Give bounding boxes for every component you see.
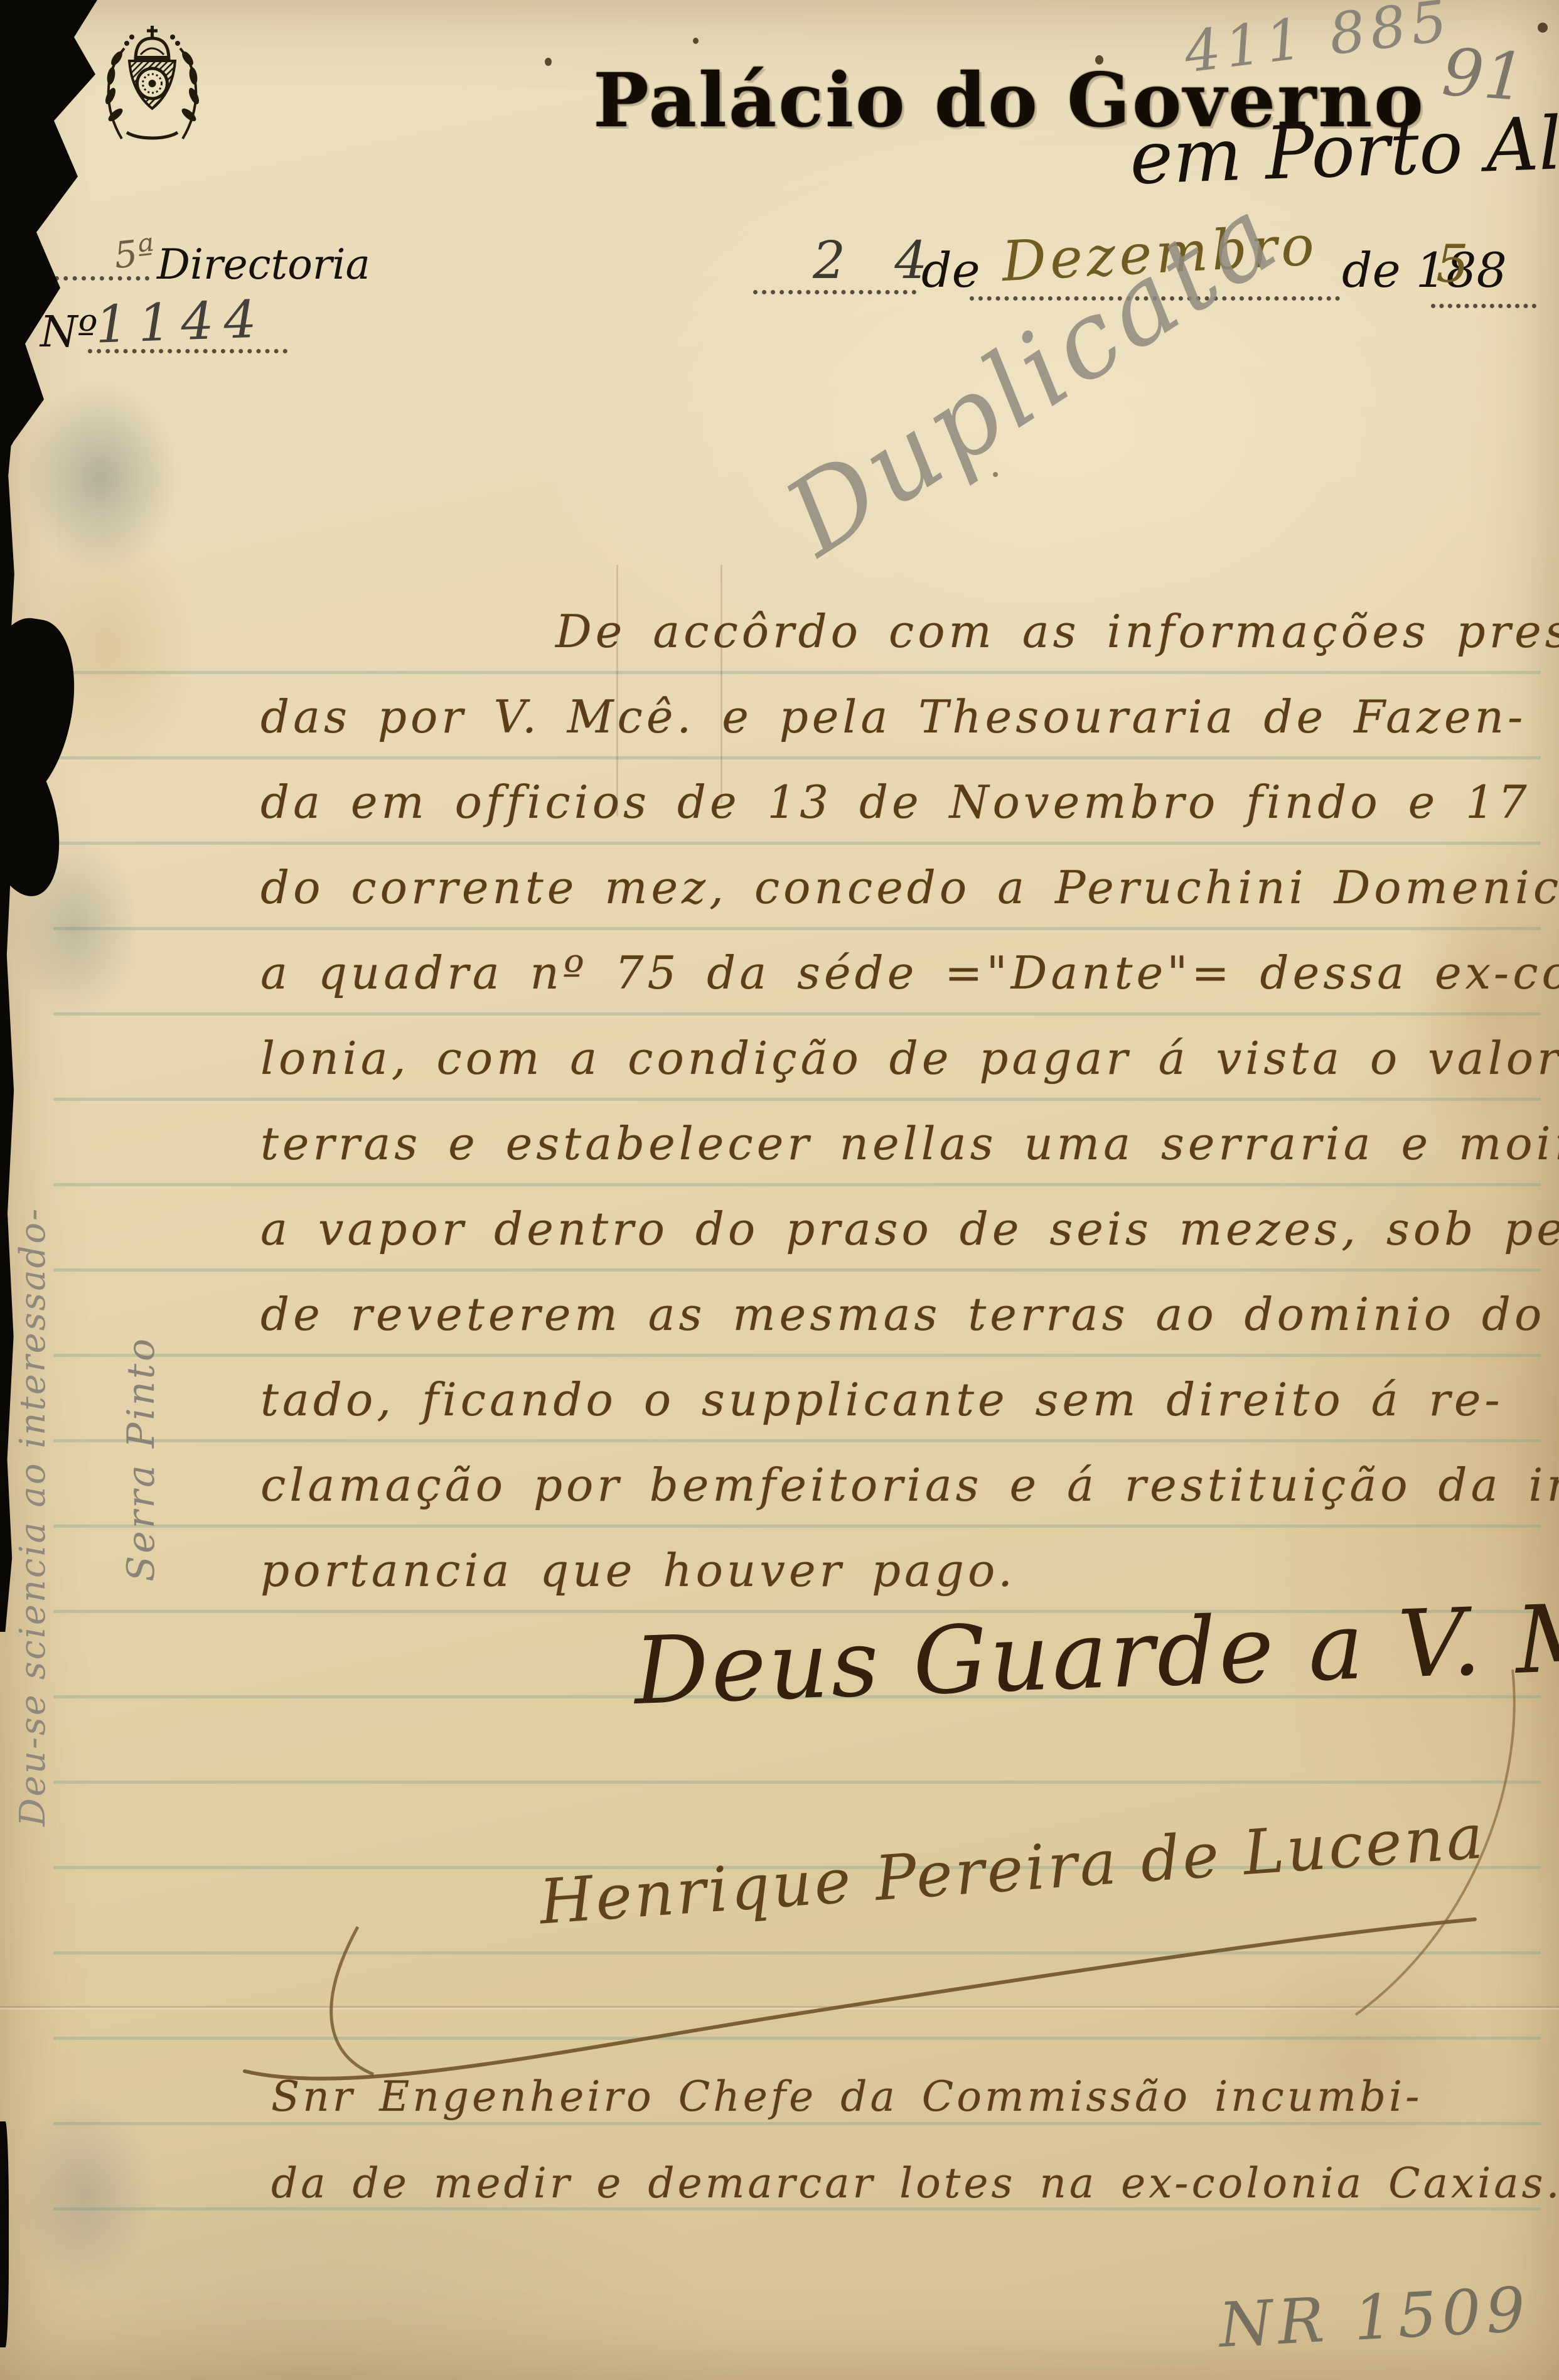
addressee-line-1: Snr Engenheiro Chefe da Commissão incumb… (271, 2072, 1422, 2121)
ink-speck (545, 58, 552, 66)
date-de: de (921, 242, 980, 298)
dotted-rule (88, 349, 287, 353)
body-line: terras e estabelecer nellas uma serraria… (260, 1101, 1544, 1186)
page-number-annotation: 91 (1440, 34, 1528, 116)
body-line: clamação por bemfeitorias e á restituiçã… (260, 1442, 1544, 1528)
body-line: do corrente mez, concedo a Peruchini Dom… (260, 845, 1544, 930)
body-line: De accôrdo com as informações presta- (260, 589, 1544, 674)
ink-speck (693, 38, 699, 44)
dotted-rule (753, 290, 916, 294)
manuscript-page: Palácio do Governo em Porto Alegre, 2 4 … (0, 0, 1559, 2380)
body-line: tado, ficando o supplicante sem direito … (260, 1357, 1544, 1442)
directorate-number: 5ª (112, 230, 157, 277)
addressee-text: Snr Engenheiro Chefe da Commissão incumb… (271, 2072, 1422, 2121)
dotted-rule (1431, 304, 1536, 308)
margin-note-line2: Serra Pinto (119, 1029, 163, 1582)
imperial-coat-of-arms-icon (94, 16, 210, 151)
letterhead-title: Palácio do Governo (593, 56, 1158, 144)
margin-note-line1: Deu-se sciencia ao interessado- (13, 860, 53, 1826)
addressee-text: da de medir e demarcar lotes na ex-colon… (271, 2159, 1559, 2207)
body-line: a vapor dentro do praso de seis mezes, s… (260, 1186, 1544, 1272)
body-line: das por V. Mcê. e pela Thesouraria de Fa… (260, 674, 1544, 759)
body-line: de reveterem as mesmas terras ao dominio… (260, 1272, 1544, 1357)
pen-stroke-tail-icon (1305, 1663, 1531, 2027)
doc-number-value: 1144 (94, 289, 267, 355)
graphite-smudge (13, 2090, 157, 2297)
body-line: a quadra nº 75 da séde ="Dante"= dessa e… (260, 930, 1544, 1016)
body-line: lonia, com a condição de pagar á vista o… (260, 1016, 1544, 1101)
letter-body: De accôrdo com as informações presta- da… (260, 589, 1544, 1613)
date-year-digit: 5 (1436, 235, 1469, 294)
date-de-188: de 188 (1342, 242, 1507, 298)
reference-number-annotation: NR 1509 (1217, 2274, 1531, 2362)
ink-speck (1538, 23, 1548, 33)
graphite-smudge (19, 377, 182, 577)
torn-edge-bottom-left (0, 2121, 9, 2347)
directorate-label: Directoria (157, 240, 370, 289)
addressee-line-2: da de medir e demarcar lotes na ex-colon… (271, 2159, 1559, 2207)
body-line: da em officios de 13 de Novembro findo e… (260, 759, 1544, 845)
